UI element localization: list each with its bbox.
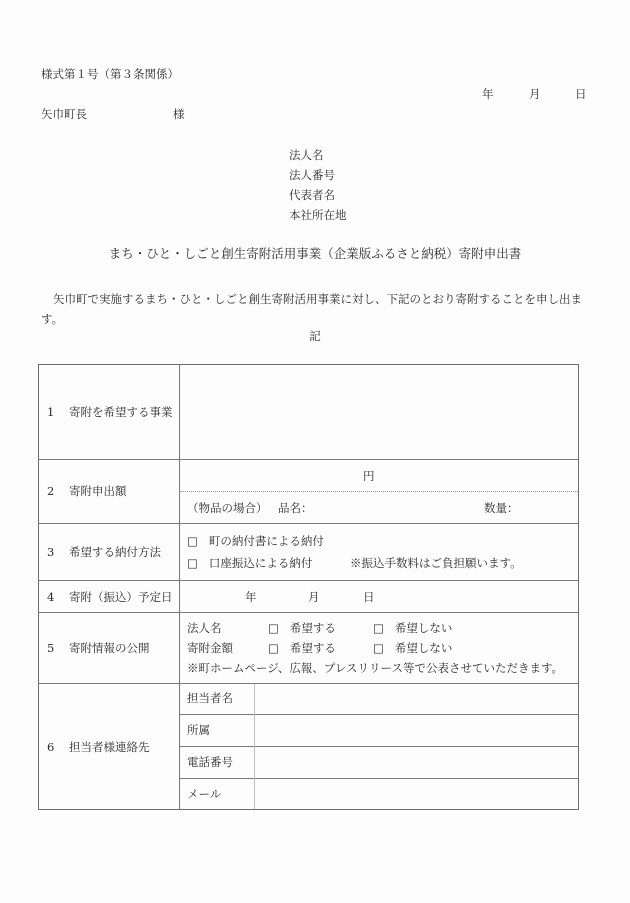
- contact-column-divider: [254, 684, 255, 809]
- payment-option-invoice[interactable]: □ 町の納付書による納付: [187, 534, 324, 548]
- applicant-corp-name-label: 法人名: [289, 148, 324, 162]
- row-4-label: 4寄附（振込）予定日: [47, 590, 173, 604]
- row-divider: [39, 683, 578, 684]
- form-number: 様式第１号（第３条関係）: [41, 67, 179, 81]
- disclosure-corp-name-no[interactable]: □ 希望しない: [373, 621, 452, 635]
- addressee: 矢巾町長: [41, 107, 87, 121]
- row-subdivider: [180, 491, 578, 492]
- disclosure-amount-no[interactable]: □ 希望しない: [373, 641, 452, 655]
- disclosure-corp-name-yes[interactable]: □ 希望する: [268, 621, 336, 635]
- row-divider: [39, 523, 578, 524]
- yen-label: 円: [363, 469, 375, 483]
- contact-phone-input[interactable]: [257, 748, 577, 776]
- disclosure-corp-name-label: 法人名: [187, 621, 222, 635]
- checkbox-icon[interactable]: □: [187, 556, 198, 570]
- checkbox-icon[interactable]: □: [373, 641, 384, 655]
- checkbox-icon[interactable]: □: [268, 641, 279, 655]
- applicant-representative-label: 代表者名: [289, 188, 335, 202]
- row-subdivider: [180, 714, 578, 715]
- disclosure-note: ※町ホームページ、広報、プレスリリース等で公表させていただきます。: [187, 661, 563, 675]
- date-day-label: 日: [575, 87, 587, 101]
- document-title: まち・ひと・しごと創生寄附活用事業（企業版ふるさと納税）寄附申出書: [0, 247, 630, 261]
- contact-name-input[interactable]: [257, 685, 577, 713]
- checkbox-icon[interactable]: □: [373, 621, 384, 635]
- schedule-day[interactable]: 日: [363, 590, 375, 604]
- item-name-label[interactable]: 品名：: [278, 501, 313, 515]
- transfer-fee-note: ※振込手数料はご負担願います。: [350, 556, 522, 570]
- row-1-label: 1寄附を希望する事業: [47, 405, 173, 419]
- row-6-label: 6担当者様連絡先: [47, 740, 150, 754]
- row-divider: [39, 612, 578, 613]
- checkbox-icon[interactable]: □: [268, 621, 279, 635]
- disclosure-amount-yes[interactable]: □ 希望する: [268, 641, 336, 655]
- contact-dept-label: 所属: [187, 723, 210, 737]
- body-text: 矢巾町で実施するまち・ひと・しごと創生寄附活用事業に対し、下記のとおり寄附するこ…: [41, 289, 589, 329]
- applicant-address-label: 本社所在地: [289, 208, 347, 222]
- contact-name-label: 担当者名: [187, 691, 233, 705]
- donation-table: 1寄附を希望する事業 2寄附申出額 円 （物品の場合） 品名： 数量： 3希望す…: [38, 364, 579, 810]
- ki-heading: 記: [0, 329, 630, 343]
- disclosure-amount-label: 寄附金額: [187, 641, 233, 655]
- schedule-month[interactable]: 月: [308, 590, 320, 604]
- contact-email-label: メール: [187, 787, 221, 801]
- amount-input[interactable]: [181, 460, 577, 490]
- contact-email-input[interactable]: [257, 780, 577, 808]
- business-input[interactable]: [181, 366, 577, 458]
- schedule-year[interactable]: 年: [245, 590, 257, 604]
- checkbox-icon[interactable]: □: [187, 534, 198, 548]
- addressee-suffix: 様: [173, 107, 185, 121]
- date-month-label: 月: [529, 87, 541, 101]
- payment-option-transfer[interactable]: □ 口座振込による納付: [187, 556, 312, 570]
- row-5-label: 5寄附情報の公開: [47, 641, 150, 655]
- row-3-label: 3希望する納付方法: [47, 545, 161, 559]
- applicant-corp-number-label: 法人番号: [289, 168, 335, 182]
- contact-phone-label: 電話番号: [187, 755, 233, 769]
- column-divider: [179, 365, 180, 809]
- row-subdivider: [180, 746, 578, 747]
- row-divider: [39, 580, 578, 581]
- row-subdivider: [180, 778, 578, 779]
- quantity-label[interactable]: 数量：: [484, 501, 519, 515]
- contact-dept-input[interactable]: [257, 716, 577, 744]
- date-year-label: 年: [482, 87, 494, 101]
- goods-prefix: （物品の場合）: [187, 501, 268, 515]
- row-2-label: 2寄附申出額: [47, 484, 127, 498]
